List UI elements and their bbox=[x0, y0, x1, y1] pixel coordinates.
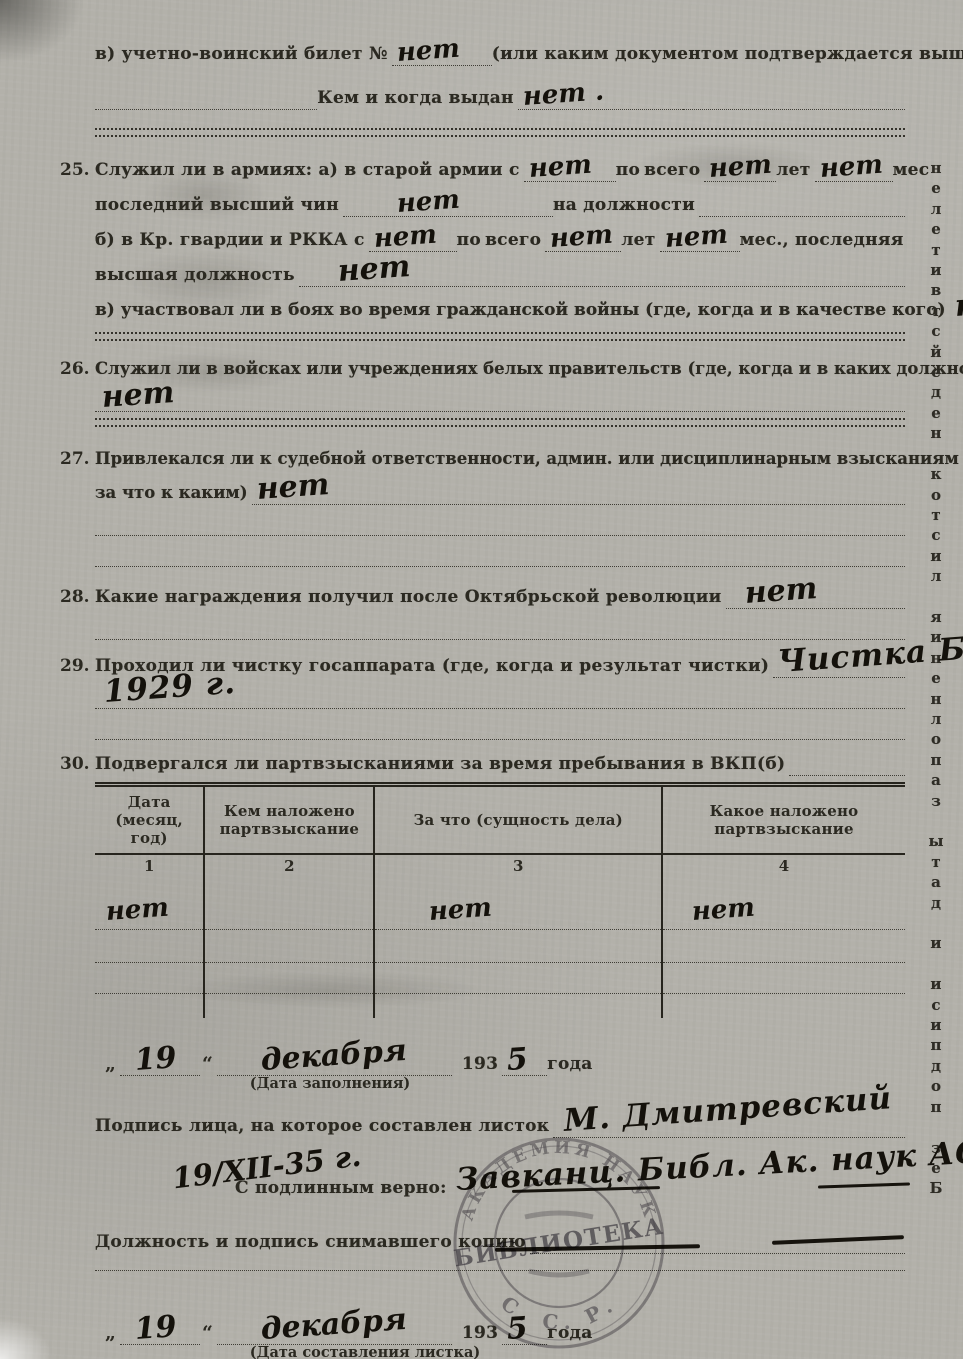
year-printed: 193 bbox=[452, 1054, 502, 1076]
q25-a-label: Служил ли в армиях: а) в старой армии с bbox=[95, 160, 524, 182]
q25-a-from-blank: нет bbox=[524, 157, 616, 182]
q25-b-total-blank: нет bbox=[545, 227, 621, 252]
q28-hw: нет bbox=[743, 571, 818, 611]
col-date-header: Дата (месяц, год) bbox=[95, 785, 204, 855]
question-25: 25. Служил ли в армиях: а) в старой арми… bbox=[95, 147, 905, 322]
q29-number: 29. bbox=[60, 656, 90, 676]
q25-a-years-label: лет bbox=[776, 160, 814, 182]
q25-a-total-label: всего bbox=[644, 160, 704, 182]
table-row: нет нет нет bbox=[95, 875, 905, 930]
q30-label: Подвергался ли партвзысканиями за время … bbox=[95, 754, 789, 776]
ticket-label: в) учетно-воинский билет № bbox=[95, 44, 392, 66]
col-number: 1 bbox=[95, 854, 204, 875]
q26-hw: нет bbox=[101, 375, 176, 415]
question-29: 29. Проходил ли чистку госаппарата (где,… bbox=[95, 644, 905, 740]
fill-date-line: „ 19 “ декабря (Дата заполнения) 193 5 г… bbox=[103, 1036, 905, 1076]
svg-text:АКАДЕМИЯ НАУК: АКАДЕМИЯ НАУК bbox=[458, 1138, 661, 1224]
empty-ruled-line bbox=[95, 709, 905, 740]
q26-label: Служил ли в войсках или учреждениях белы… bbox=[95, 359, 963, 381]
q25-rank-label: последний высший чин bbox=[95, 195, 343, 217]
close-quote: “ bbox=[200, 1322, 217, 1345]
q30-line: 30. Подвергался ли партвзысканиями за вр… bbox=[95, 746, 905, 776]
col-penalty-header: Какое наложено партвзыскание bbox=[662, 785, 905, 855]
margin-note: н е л е т и в т с й е д е н к о т с и л … bbox=[915, 158, 957, 1202]
compile-day-blank: 19 bbox=[120, 1320, 200, 1345]
table-row bbox=[95, 930, 905, 963]
q25-line-b: б) в Кр. гвардии и РККА с нет по всего н… bbox=[95, 217, 905, 252]
q26-number: 26. bbox=[60, 359, 90, 379]
q28-label: Какие награждения получил после Октябрьс… bbox=[95, 587, 726, 609]
q27-label2: за что к каким) bbox=[95, 483, 252, 505]
issued-blank: нет . bbox=[518, 85, 683, 110]
scanned-form-page: в) учетно-воинский билет № нет (или каки… bbox=[0, 0, 963, 1359]
q30-trailing-dots bbox=[789, 751, 905, 776]
q27-line1: 27. Привлекался ли к судебной ответствен… bbox=[95, 441, 905, 471]
fill-day-hw: 19 bbox=[133, 1040, 177, 1078]
q25-rank-blank: нет bbox=[343, 192, 553, 217]
leader-dots bbox=[683, 85, 905, 110]
q29-answer-line2: 1929 г. bbox=[95, 678, 905, 709]
fill-year-blank: 5 bbox=[502, 1051, 547, 1076]
q27-line2: за что к каким) нет bbox=[95, 471, 905, 505]
separator-rule bbox=[95, 128, 905, 137]
empty-ruled-line bbox=[95, 505, 905, 536]
q25-number: 25. bbox=[60, 160, 90, 180]
stamp-center-text: БИБЛИОТЕКА bbox=[452, 1213, 666, 1273]
q25-line-battles: в) участвовал ли в боях во время граждан… bbox=[95, 287, 905, 322]
q25-b-years-label: лет bbox=[621, 230, 659, 252]
q25-battles-label: в) участвовал ли в боях во время граждан… bbox=[95, 300, 950, 322]
col-reason-header: За что (сущность дела) bbox=[374, 785, 662, 855]
question-28: 28. Какие награждения получил после Октя… bbox=[95, 575, 905, 640]
issued-line: Кем и когда выдан нет . bbox=[95, 78, 905, 110]
q25-b-months-label: мес., последняя bbox=[740, 230, 908, 252]
issued-label: Кем и когда выдан bbox=[317, 88, 518, 110]
q28-answer-blank: нет bbox=[726, 584, 905, 609]
q29-hw-year: 1929 г. bbox=[102, 665, 237, 710]
compile-day-hw: 19 bbox=[133, 1309, 177, 1347]
q25-line-highest: высшая должность нет bbox=[95, 252, 905, 287]
ticket-number-handwriting: нет bbox=[396, 34, 461, 68]
q28-number: 28. bbox=[60, 587, 90, 607]
stamp-top-arc-text: АКАДЕМИЯ НАУК bbox=[458, 1138, 661, 1224]
q30-number: 30. bbox=[60, 754, 90, 774]
question-27: 27. Привлекался ли к судебной ответствен… bbox=[95, 441, 905, 567]
cell-hw: нет bbox=[691, 893, 756, 927]
question-26: 26. Служил ли в войсках или учреждениях … bbox=[95, 351, 905, 412]
open-quote: „ bbox=[103, 1053, 120, 1076]
compile-month-blank: декабря (Дата составления листка) bbox=[217, 1320, 452, 1345]
q27-answer-blank: нет bbox=[252, 480, 905, 505]
q25-line-a: 25. Служил ли в армиях: а) в старой арми… bbox=[95, 147, 905, 182]
q25-b-years-blank: нет bbox=[660, 227, 740, 252]
empty-ruled-line bbox=[95, 536, 905, 567]
fill-month-hw: декабря bbox=[259, 1033, 407, 1078]
q25-b-label: б) в Кр. гвардии и РККА с bbox=[95, 230, 369, 252]
q28-line: 28. Какие награждения получил после Октя… bbox=[95, 575, 905, 609]
q25-a-years-blank: нет bbox=[815, 157, 893, 182]
empty-ruled-line bbox=[95, 609, 905, 640]
q25-a-total-blank: нет bbox=[704, 157, 776, 182]
q25-a-handwriting: нет bbox=[528, 150, 593, 184]
cell-hw: нет bbox=[105, 893, 170, 927]
q25-rank-hw: нет bbox=[396, 185, 461, 219]
table-row bbox=[95, 963, 905, 994]
open-quote: „ bbox=[103, 1322, 120, 1345]
col-number: 3 bbox=[374, 854, 662, 875]
fill-day-blank: 19 bbox=[120, 1051, 200, 1076]
col-imposed-by-header: Кем наложено партвзыскание bbox=[204, 785, 374, 855]
q27-number: 27. bbox=[60, 449, 90, 469]
q25-b-po: по bbox=[457, 230, 485, 252]
fill-date-caption: (Дата заполнения) bbox=[250, 1075, 411, 1092]
q25-b-total-label: всего bbox=[485, 230, 545, 252]
q25-position-blank bbox=[699, 192, 905, 217]
q25-a-years-hw: нет bbox=[819, 150, 884, 184]
issued-handwriting: нет . bbox=[522, 76, 605, 112]
q27-hw: нет bbox=[255, 467, 330, 507]
military-ticket-line: в) учетно-воинский билет № нет (или каки… bbox=[95, 34, 905, 66]
question-30: 30. Подвергался ли партвзысканиями за вр… bbox=[95, 746, 905, 776]
q25-b-from-blank: нет bbox=[369, 227, 457, 252]
compile-month-hw: декабря bbox=[259, 1302, 407, 1347]
table-row bbox=[95, 994, 905, 1019]
q25-battles-hw: нет bbox=[953, 284, 963, 324]
separator-rule bbox=[95, 332, 905, 341]
q25-highest-label: высшая должность bbox=[95, 265, 299, 287]
library-stamp: АКАДЕМИЯ НАУК С. С. Р. БИБЛИОТЕКА bbox=[440, 1124, 678, 1359]
q25-line-rank: последний высший чин нет на должности bbox=[95, 182, 905, 217]
q25-highest-hw: нет bbox=[336, 249, 411, 289]
q25-b-years-hw: нет bbox=[663, 220, 728, 254]
column-number-row: 1 2 3 4 bbox=[95, 854, 905, 875]
q27-label: Привлекался ли к судебной ответственност… bbox=[95, 449, 963, 471]
leader-dots bbox=[95, 85, 317, 110]
close-quote: “ bbox=[200, 1053, 217, 1076]
table-header-row: Дата (месяц, год) Кем наложено партвзыск… bbox=[95, 785, 905, 855]
q26-answer-blank: нет bbox=[95, 381, 905, 412]
q25-position-label: на должности bbox=[553, 195, 699, 217]
cell-hw: нет bbox=[428, 893, 493, 927]
fill-month-blank: декабря (Дата заполнения) bbox=[217, 1051, 452, 1076]
year-word: года bbox=[547, 1054, 596, 1076]
separator-rule bbox=[95, 418, 905, 427]
penalties-table: Дата (месяц, год) Кем наложено партвзыск… bbox=[95, 782, 905, 1018]
q25-highest-blank: нет bbox=[299, 262, 905, 287]
ticket-note: (или каким документом подтверждается выш… bbox=[492, 44, 963, 66]
fill-year-hw: 5 bbox=[506, 1042, 529, 1078]
col-number: 2 bbox=[204, 854, 374, 875]
q25-b-total-hw: нет bbox=[549, 220, 614, 254]
ticket-number-blank: нет bbox=[392, 41, 492, 66]
q25-a-po: по bbox=[616, 160, 644, 182]
stamp-bottom-arc-text: С. С. Р. bbox=[497, 1291, 622, 1335]
q29-answer-blank: Чистка Библ. АН bbox=[773, 653, 905, 678]
col-number: 4 bbox=[662, 854, 905, 875]
q26-line: 26. Служил ли в войсках или учреждениях … bbox=[95, 351, 905, 381]
svg-text:С. С. Р.: С. С. Р. bbox=[497, 1291, 622, 1335]
q25-a-total-hw: нет bbox=[708, 150, 773, 184]
